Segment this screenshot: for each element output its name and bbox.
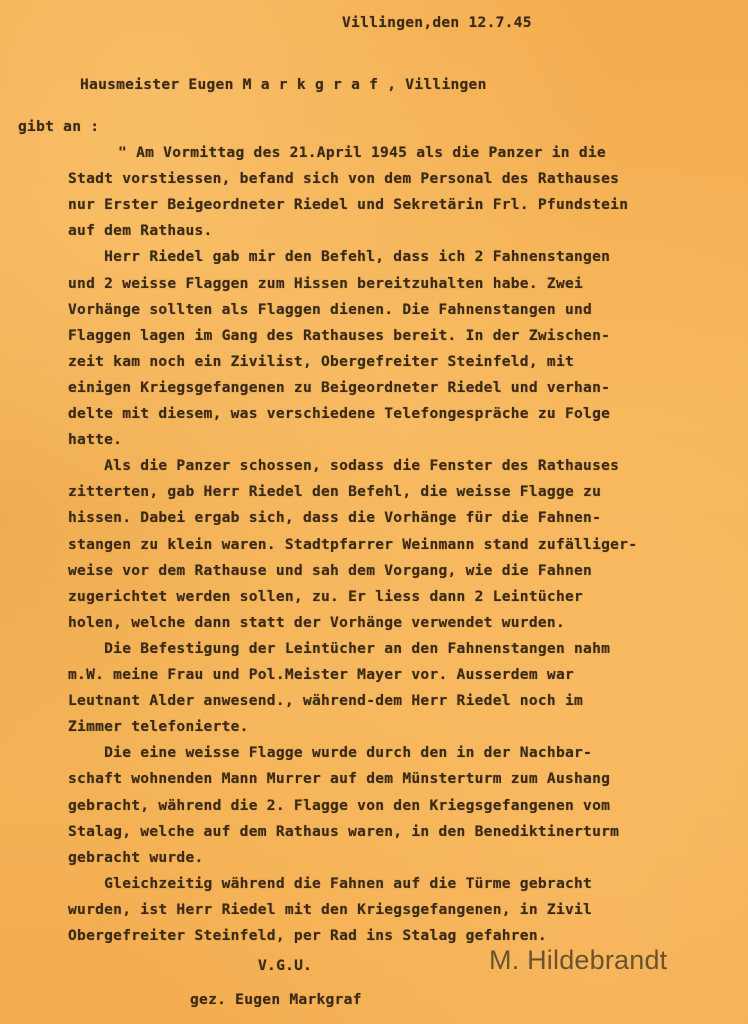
body-line: Obergefreiter Steinfeld, per Rad ins Sta… — [68, 927, 547, 944]
body-line: Flaggen lagen im Gang des Rathauses bere… — [68, 327, 610, 344]
date-line: Villingen,den 12.7.45 — [342, 14, 532, 31]
body-line: nur Erster Beigeordneter Riedel und Sekr… — [68, 196, 628, 213]
body-line: Die eine weisse Flagge wurde durch den i… — [68, 744, 592, 761]
body-line: schaft wohnenden Mann Murrer auf dem Mün… — [68, 770, 610, 787]
body-line: zugerichtet werden sollen, zu. Er liess … — [68, 588, 583, 605]
body-line: stangen zu klein waren. Stadtpfarrer Wei… — [68, 536, 637, 553]
body-line: einigen Kriegsgefangenen zu Beigeordnete… — [68, 379, 610, 396]
body-line: Leutnant Alder anwesend., während-dem He… — [68, 692, 583, 709]
body-line: Vorhänge sollten als Flaggen dienen. Die… — [68, 301, 592, 318]
body-line: holen, welche dann statt der Vorhänge ve… — [68, 614, 565, 631]
closing-line: V.G.U. — [258, 957, 312, 974]
body-line: " Am Vormittag des 21.April 1945 als die… — [118, 144, 606, 161]
body-line: Stalag, welche auf dem Rathaus waren, in… — [68, 823, 619, 840]
watermark: M. Hildebrandt — [489, 945, 667, 976]
body-line: delte mit diesem, was verschiedene Telef… — [68, 405, 610, 422]
signature-line: gez. Eugen Markgraf — [190, 991, 362, 1008]
body-line: wurden, ist Herr Riedel mit den Kriegsge… — [68, 901, 592, 918]
body-line: Gleichzeitig während die Fahnen auf die … — [68, 875, 592, 892]
body-line: gebracht, während die 2. Flagge von den … — [68, 797, 610, 814]
body-line: hissen. Dabei ergab sich, dass die Vorhä… — [68, 509, 601, 526]
sender-line: Hausmeister Eugen M a r k g r a f , Vill… — [80, 76, 487, 93]
body-line: Zimmer telefonierte. — [68, 718, 249, 735]
body-line: auf dem Rathaus. — [68, 222, 213, 239]
body-line: Als die Panzer schossen, sodass die Fens… — [68, 457, 619, 474]
body-line: Stadt vorstiessen, befand sich von dem P… — [68, 170, 619, 187]
body-line: Die Befestigung der Leintücher an den Fa… — [68, 640, 610, 657]
body-line: Herr Riedel gab mir den Befehl, dass ich… — [68, 248, 610, 265]
body-line: gebracht wurde. — [68, 849, 204, 866]
body-line: und 2 weisse Flaggen zum Hissen bereitzu… — [68, 275, 583, 292]
body-line: m.W. meine Frau und Pol.Meister Mayer vo… — [68, 666, 574, 683]
body-line: zeit kam noch ein Zivilist, Obergefreite… — [68, 353, 574, 370]
body-line: zitterten, gab Herr Riedel den Befehl, d… — [68, 483, 601, 500]
body-line: weise vor dem Rathause und sah dem Vorga… — [68, 562, 592, 579]
body-line: hatte. — [68, 431, 122, 448]
scanned-letter: Villingen,den 12.7.45 Hausmeister Eugen … — [0, 0, 748, 1024]
intro-line: gibt an : — [18, 118, 99, 135]
